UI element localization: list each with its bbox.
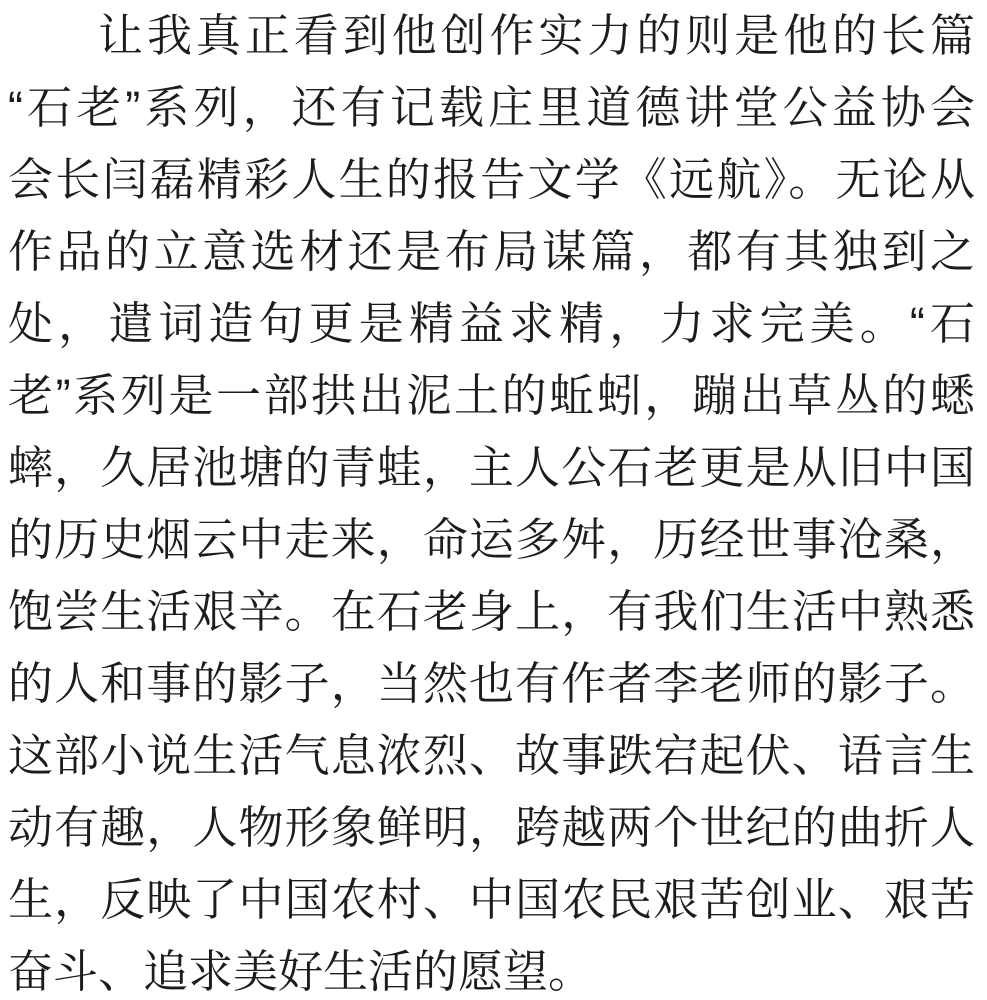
- text-line: “石老”系列，还有记载庄里道德讲堂公益协会: [8, 72, 975, 144]
- text-line: 作品的立意选材还是布局谋篇，都有其独到之: [8, 216, 975, 288]
- text-line: 的历史烟云中走来，命运多舛，历经世事沧桑，: [8, 504, 975, 576]
- text-line: 奋斗、追求美好生活的愿望。: [8, 936, 975, 1000]
- article-text-block: 让我真正看到他创作实力的则是他的长篇 “石老”系列，还有记载庄里道德讲堂公益协会…: [0, 0, 987, 1000]
- text-line: 动有趣，人物形象鲜明，跨越两个世纪的曲折人: [8, 792, 975, 864]
- text-line: 饱尝生活艰辛。在石老身上，有我们生活中熟悉: [8, 576, 975, 648]
- text-line: 让我真正看到他创作实力的则是他的长篇: [8, 0, 975, 72]
- text-line: 的人和事的影子，当然也有作者李老师的影子。: [8, 648, 975, 720]
- text-line: 蟀，久居池塘的青蛙，主人公石老更是从旧中国: [8, 432, 975, 504]
- text-line: 会长闫磊精彩人生的报告文学《远航》。无论从: [8, 144, 975, 216]
- text-line: 生，反映了中国农村、中国农民艰苦创业、艰苦: [8, 864, 975, 936]
- text-line: 处，遣词造句更是精益求精，力求完美。“石: [8, 288, 975, 360]
- text-line: 这部小说生活气息浓烈、故事跌宕起伏、语言生: [8, 720, 975, 792]
- text-line: 老”系列是一部拱出泥土的蚯蚓，蹦出草丛的蟋: [8, 360, 975, 432]
